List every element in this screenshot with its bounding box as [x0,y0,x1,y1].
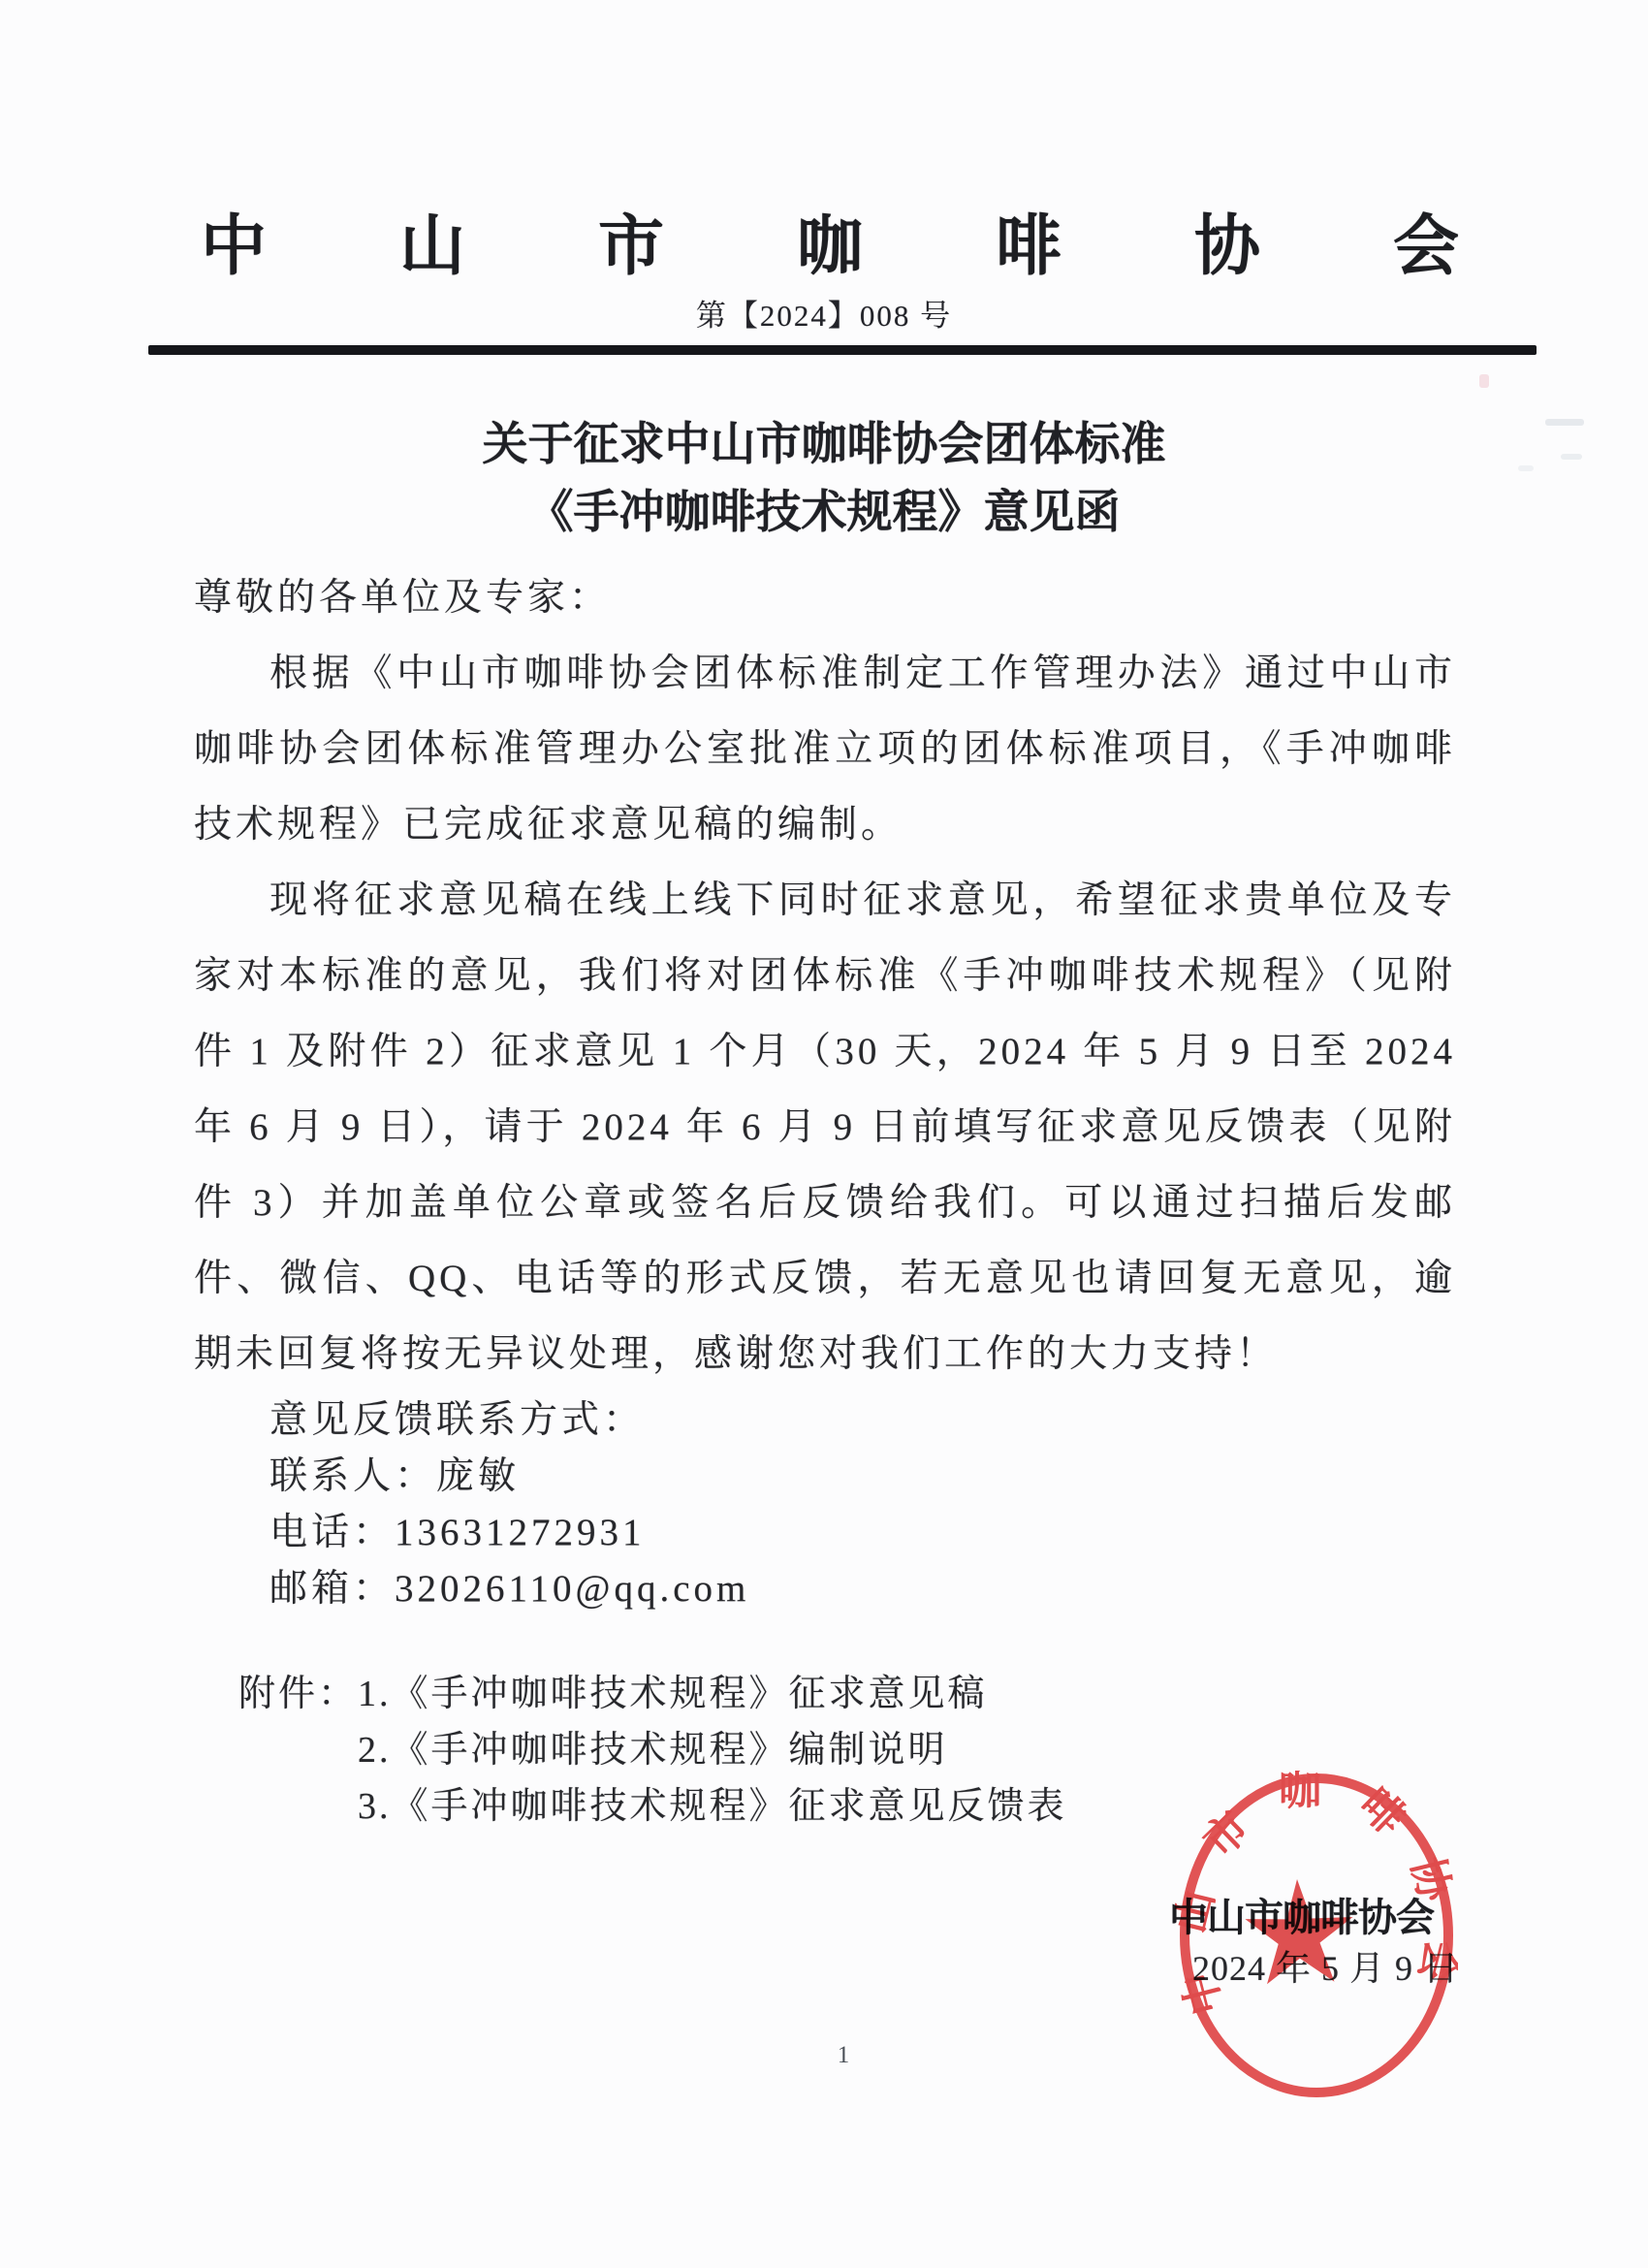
signature-date: 2024 年 5 月 9 日 [1192,1941,1459,1991]
scan-artifact [1479,374,1489,388]
attachment-item-3: 3.《手冲咖啡技术规程》征求意见反馈表 [358,1778,1067,1835]
scan-artifact [1561,454,1582,460]
attachment-items: 1.《手冲咖啡技术规程》征求意见稿 2.《手冲咖啡技术规程》编制说明 3.《手冲… [358,1666,1067,1835]
document-title-line1: 关于征求中山市咖啡协会团体标准 [0,411,1648,479]
contact-block: 意见反馈联系方式： 联系人：庞敏 电话：13631272931 邮箱：32026… [194,1392,1456,1617]
page-number: 1 [814,2042,872,2069]
attachments-list: 附件： 1.《手冲咖啡技术规程》征求意见稿 2.《手冲咖啡技术规程》编制说明 3… [238,1666,1456,1835]
contact-phone: 电话：13631272931 [269,1505,1456,1561]
attachments-label: 附件： [238,1666,358,1722]
salutation: 尊敬的各单位及专家： [194,560,1456,636]
attachment-item-2: 2.《手冲咖啡技术规程》编制说明 [358,1722,1067,1778]
contact-person: 联系人：庞敏 [269,1449,1456,1505]
document-number: 第【2024】008 号 [0,291,1648,335]
document-title-line2: 《手冲咖啡技术规程》意见函 [0,479,1648,547]
signature-org-name: 中山市咖啡协会 [1169,1887,1434,1942]
letter-body: 尊敬的各单位及专家： 根据《中山市咖啡协会团体标准制定工作管理办法》通过中山市咖… [194,560,1456,1835]
letterhead-org-name: 中山市咖啡协会 [201,194,1592,288]
attachment-item-1: 1.《手冲咖啡技术规程》征求意见稿 [358,1666,1067,1722]
paragraph-1: 根据《中山市咖啡协会团体标准制定工作管理办法》通过中山市咖啡协会团体标准管理办公… [194,636,1456,863]
letterhead-divider-line [148,345,1537,355]
document-title: 关于征求中山市咖啡协会团体标准 《手冲咖啡技术规程》意见函 [0,411,1648,547]
scan-artifact [1545,419,1584,426]
contact-email: 邮箱：32026110@qq.com [269,1561,1456,1617]
scanned-letter-page: 中山市咖啡协会 第【2024】008 号 关于征求中山市咖啡协会团体标准 《手冲… [0,0,1648,2268]
contact-heading: 意见反馈联系方式： [269,1392,1456,1449]
scan-artifact [1518,465,1534,471]
paragraph-2: 现将征求意见稿在线上线下同时征求意见，希望征求贵单位及专家对本标准的意见，我们将… [194,863,1456,1392]
